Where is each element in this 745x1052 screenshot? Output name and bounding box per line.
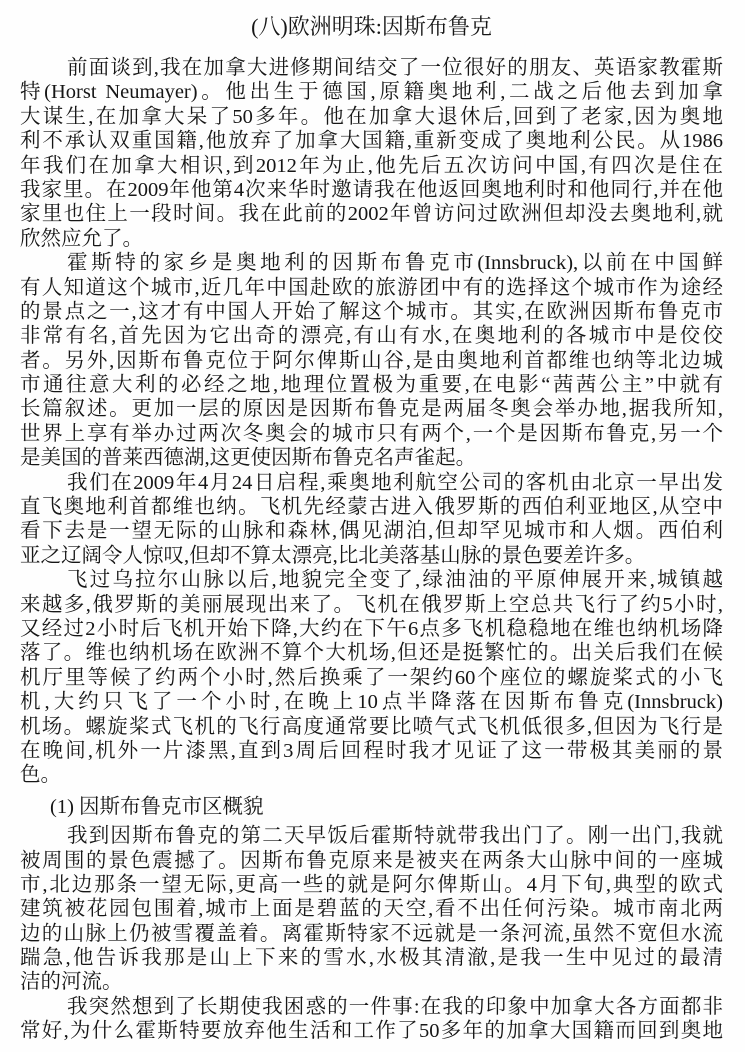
text-line: 是美国的普莱西德湖,这更使因斯布鲁克名声雀起。 [20,446,723,470]
document-page: (八)欧洲明珠:因斯布鲁克 前面谈到,我在加拿大进修期间结交了一位很好的朋友、英… [0,0,745,1052]
text-line: 踹急,他告诉我那是山上下来的雪水,水极其清澈,是我一生中见过的最清 [20,946,723,970]
text-line: 亚之辽阔令人惊叹,但却不算太漂亮,比北美落基山脉的景色要差许多。 [20,544,723,568]
paragraph: 飞过乌拉尔山脉以后,地貌完全变了,绿油油的平原伸展开来,城镇越来越多,俄罗斯的美… [20,568,723,788]
text-line: 有人知道这个城市,近几年中国赴欧的旅游团中有的选择这个城市作为途经 [20,276,723,300]
text-line: 我们在2009年4月24日启程,乘奥地利航空公司的客机由北京一早出发 [20,471,723,495]
text-line: 落了。维也纳机场在欧洲不算个大机场,但还是挺繁忙的。出关后我们在候 [20,641,723,665]
paragraph: 前面谈到,我在加拿大进修期间结交了一位很好的朋友、英语家教霍斯特(Horst N… [20,56,723,251]
text-line: 我突然想到了长期使我困惑的一件事:在我的印象中加拿大各方面都非 [20,995,723,1019]
text-line: 家里也住上一段时间。我在此前的2002年曾访问过欧洲但却没去奥地利,就 [20,202,723,226]
text-line: 市,北边那条一望无际,更高一些的就是阿尔俾斯山。4月下旬,典型的欧式 [20,873,723,897]
text-line: 来越多,俄罗斯的美丽展现出来了。飞机在俄罗斯上空总共飞行了约5小时, [20,593,723,617]
text-line: 前面谈到,我在加拿大进修期间结交了一位很好的朋友、英语家教霍斯 [20,56,723,80]
text-line: 在晚间,机外一片漆黑,直到3周后回程时我才见证了这一带极其美丽的景 [20,739,723,763]
text-line: 我到因斯布鲁克的第二天早饭后霍斯特就带我出门了。刚一出门,我就 [20,824,723,848]
text-line: 色。 [20,763,723,787]
text-line: 常好,为什么霍斯特要放弃他生活和工作了50多年的加拿大国籍而回到奥地 [20,1019,723,1043]
document-title: (八)欧洲明珠:因斯布鲁克 [20,12,723,42]
text-line: 利不承认双重国籍,他放弃了加拿大国籍,重新变成了奥地利公民。从1986 [20,129,723,153]
text-line: 机厅里等候了约两个小时,然后换乘了一架约60个座位的螺旋桨式的小飞 [20,666,723,690]
text-line: 机,大约只飞了一个小时,在晚上10点半降落在因斯布鲁克(Innsbruck) [20,690,723,714]
text-line: 我家里。在2009年他第4次来华时邀请我在他返回奥地利时和他同行,并在他 [20,178,723,202]
text-line: 飞过乌拉尔山脉以后,地貌完全变了,绿油油的平原伸展开来,城镇越 [20,568,723,592]
document-body: 前面谈到,我在加拿大进修期间结交了一位很好的朋友、英语家教霍斯特(Horst N… [20,56,723,1044]
text-line: 年我们在加拿大相识,到2012年为止,他先后五次访问中国,有四次是住在 [20,154,723,178]
text-line: 建筑被花园包围着,城市上面是碧蓝的天空,看不出任何污染。城市南北两 [20,897,723,921]
text-line: 欣然应允了。 [20,227,723,251]
text-line: 的景点之一,这才有中国人开始了解这个城市。其实,在欧洲因斯布鲁克市 [20,300,723,324]
paragraph: 我到因斯布鲁克的第二天早饭后霍斯特就带我出门了。刚一出门,我就被周围的景色震撼了… [20,824,723,995]
text-line: 世界上享有举办过两次冬奥会的城市只有两个,一个是因斯布鲁克,另一个 [20,422,723,446]
text-line: 直飞奥地利首都维也纳。飞机先经蒙古进入俄罗斯的西伯利亚地区,从空中 [20,495,723,519]
text-line: 市通往意大利的必经之地,地理位置极为重要,在电影“茜茜公主”中就有 [20,373,723,397]
text-line: 者。另外,因斯布鲁克位于阿尔俾斯山谷,是由奥地利首都维也纳等北边城 [20,349,723,373]
section-heading: (1) 因斯布鲁克市区概貌 [20,795,723,819]
text-line: 霍斯特的家乡是奥地利的因斯布鲁克市(Innsbruck),以前在中国鲜 [20,251,723,275]
text-line: 特(Horst Neumayer)。他出生于德国,原籍奥地利,二战之后他去到加拿 [20,80,723,104]
paragraph: 我们在2009年4月24日启程,乘奥地利航空公司的客机由北京一早出发直飞奥地利首… [20,471,723,569]
text-line: 长篇叙述。更加一层的原因是因斯布鲁克是两届冬奥会举办地,据我所知, [20,397,723,421]
text-line: 机场。螺旋桨式飞机的飞行高度通常要比喷气式飞机低很多,但因为飞行是 [20,715,723,739]
paragraph: 霍斯特的家乡是奥地利的因斯布鲁克市(Innsbruck),以前在中国鲜有人知道这… [20,251,723,471]
text-line: 又经过2小时后飞机开始下降,大约在下午6点多飞机稳稳地在维也纳机场降 [20,617,723,641]
text-line: 非常有名,首先因为它出奇的漂亮,有山有水,在奥地利的各城市中是佼佼 [20,324,723,348]
text-line: 被周围的景色震撼了。因斯布鲁克原来是被夹在两条大山脉中间的一座城 [20,849,723,873]
text-line: 洁的河流。 [20,970,723,994]
paragraph: 我突然想到了长期使我困惑的一件事:在我的印象中加拿大各方面都非常好,为什么霍斯特… [20,995,723,1044]
text-line: 看下去是一望无际的山脉和森林,偶见湖泊,但却罕见城市和人烟。西伯利 [20,519,723,543]
text-line: 边的山脉上仍被雪覆盖着。离霍斯特家不远就是一条河流,虽然不宽但水流 [20,922,723,946]
text-line: 大谋生,在加拿大呆了50多年。他在加拿大退休后,回到了老家,因为奥地 [20,105,723,129]
